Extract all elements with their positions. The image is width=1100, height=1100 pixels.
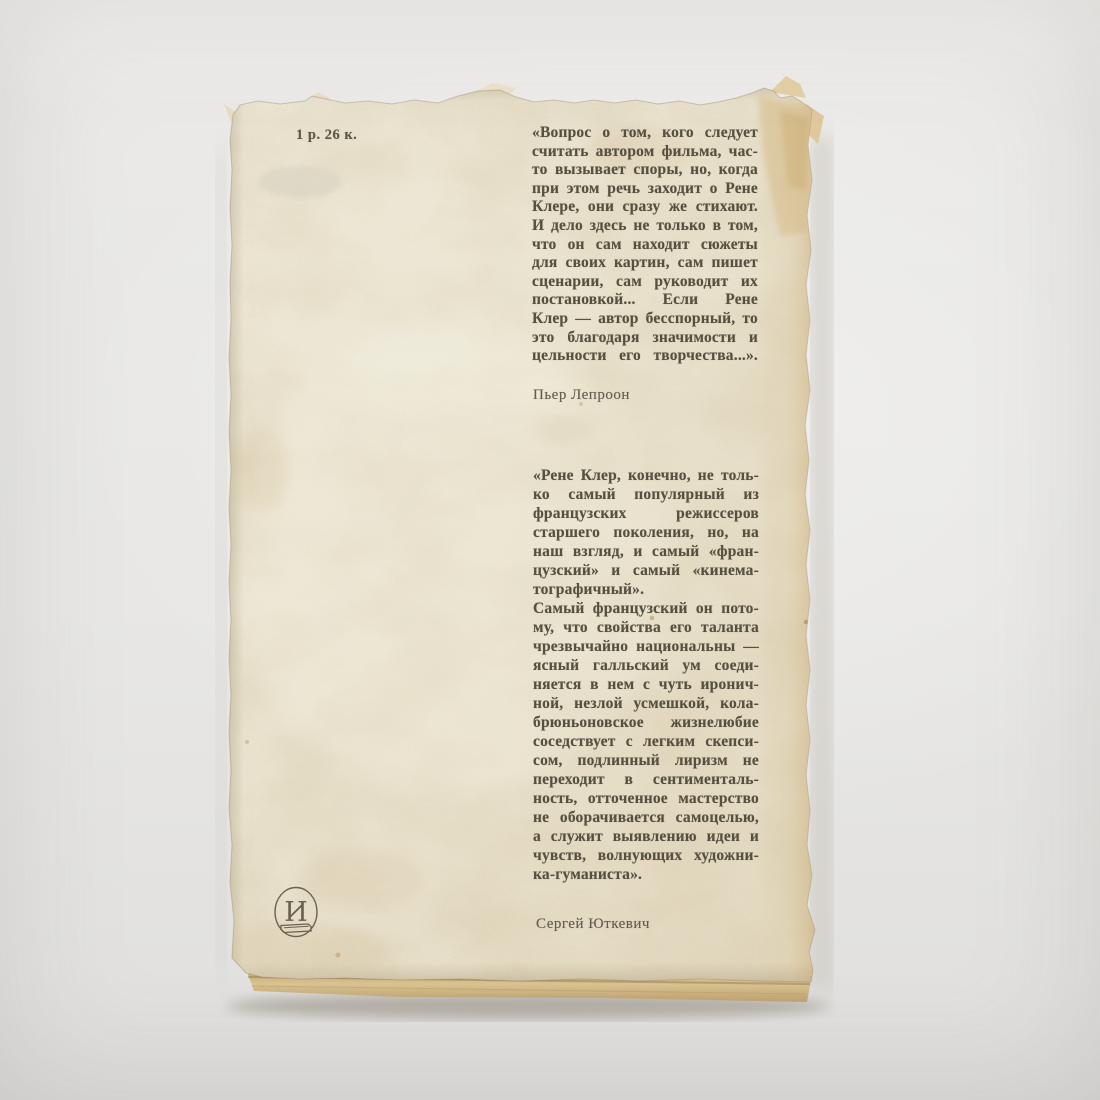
text-line: ка-гуманиста». bbox=[533, 865, 759, 884]
logo-letter: И bbox=[284, 897, 308, 928]
text-line: тографичный». bbox=[533, 580, 759, 599]
text-line: сценарии, сам руководит их bbox=[532, 273, 758, 292]
text-line: И дело здесь не только в том, bbox=[532, 217, 758, 236]
text-line: цузский» и самый «кинема- bbox=[533, 561, 759, 580]
text-line: считать автором фильма, час- bbox=[532, 143, 758, 162]
text-line: старшего поколения, но, на bbox=[533, 523, 759, 542]
text-line: Клере, они сразу же стихают. bbox=[532, 198, 758, 217]
photo-scene: И 1 р. 26 к. «Вопрос о том, кого следует… bbox=[0, 0, 1100, 1100]
text-line: Клер — автор бесспорный, то bbox=[532, 310, 758, 329]
text-line: чувств, волнующих художни- bbox=[533, 846, 759, 865]
text-line: французских режиссеров bbox=[533, 504, 759, 523]
text-line: ность, отточенное мастерство bbox=[533, 789, 759, 808]
text-line: ко самый популярный из bbox=[533, 485, 759, 504]
text-line: постановкой... Если Рене bbox=[532, 291, 758, 310]
text-line: «Вопрос о том, кого следует bbox=[532, 124, 758, 143]
text-line: что он сам находит сюжеты bbox=[532, 236, 758, 255]
text-line: для своих картин, сам пишет bbox=[532, 254, 758, 273]
text-line: брюньоновское жизнелюбие bbox=[533, 713, 759, 732]
text-line: не оборачивается самоцелью, bbox=[533, 808, 759, 827]
quote-leprohon: «Вопрос о том, кого следуетсчитать автор… bbox=[532, 124, 758, 366]
price-label: 1 р. 26 к. bbox=[296, 126, 357, 145]
text-line: ной, незлой усмешкой, кола- bbox=[533, 694, 759, 713]
text-line: чрезвычайно национальны — bbox=[533, 637, 759, 656]
text-line: соседствует с легким скепси- bbox=[533, 732, 759, 751]
text-line: при этом речь заходит о Рене bbox=[532, 180, 758, 199]
quote-yutkevich: «Рене Клер, конечно, не толь-ко самый по… bbox=[533, 466, 759, 884]
text-line: няется в нем с чуть иронич- bbox=[533, 675, 759, 694]
text-line: это благодаря значимости и bbox=[532, 329, 758, 348]
text-line: му, что свойства его таланта bbox=[533, 618, 759, 637]
attribution-leprohon: Пьер Лепроон bbox=[533, 386, 630, 404]
text-line: а служит выявлению идеи и bbox=[533, 827, 759, 846]
text-line: «Рене Клер, конечно, не толь- bbox=[533, 466, 759, 485]
text-line: наш взгляд, и самый «фран- bbox=[533, 542, 759, 561]
attribution-yutkevich: Сергей Юткевич bbox=[536, 915, 650, 933]
text-line: цельности его творчества...». bbox=[532, 347, 758, 366]
text-line: то вызывает споры, но, когда bbox=[532, 161, 758, 180]
text-line: ясный галльский ум соеди- bbox=[533, 656, 759, 675]
text-line: переходит в сентименталь- bbox=[533, 770, 759, 789]
text-line: Самый французский он пото- bbox=[533, 599, 759, 618]
text-line: сом, подлинный лиризм не bbox=[533, 751, 759, 770]
